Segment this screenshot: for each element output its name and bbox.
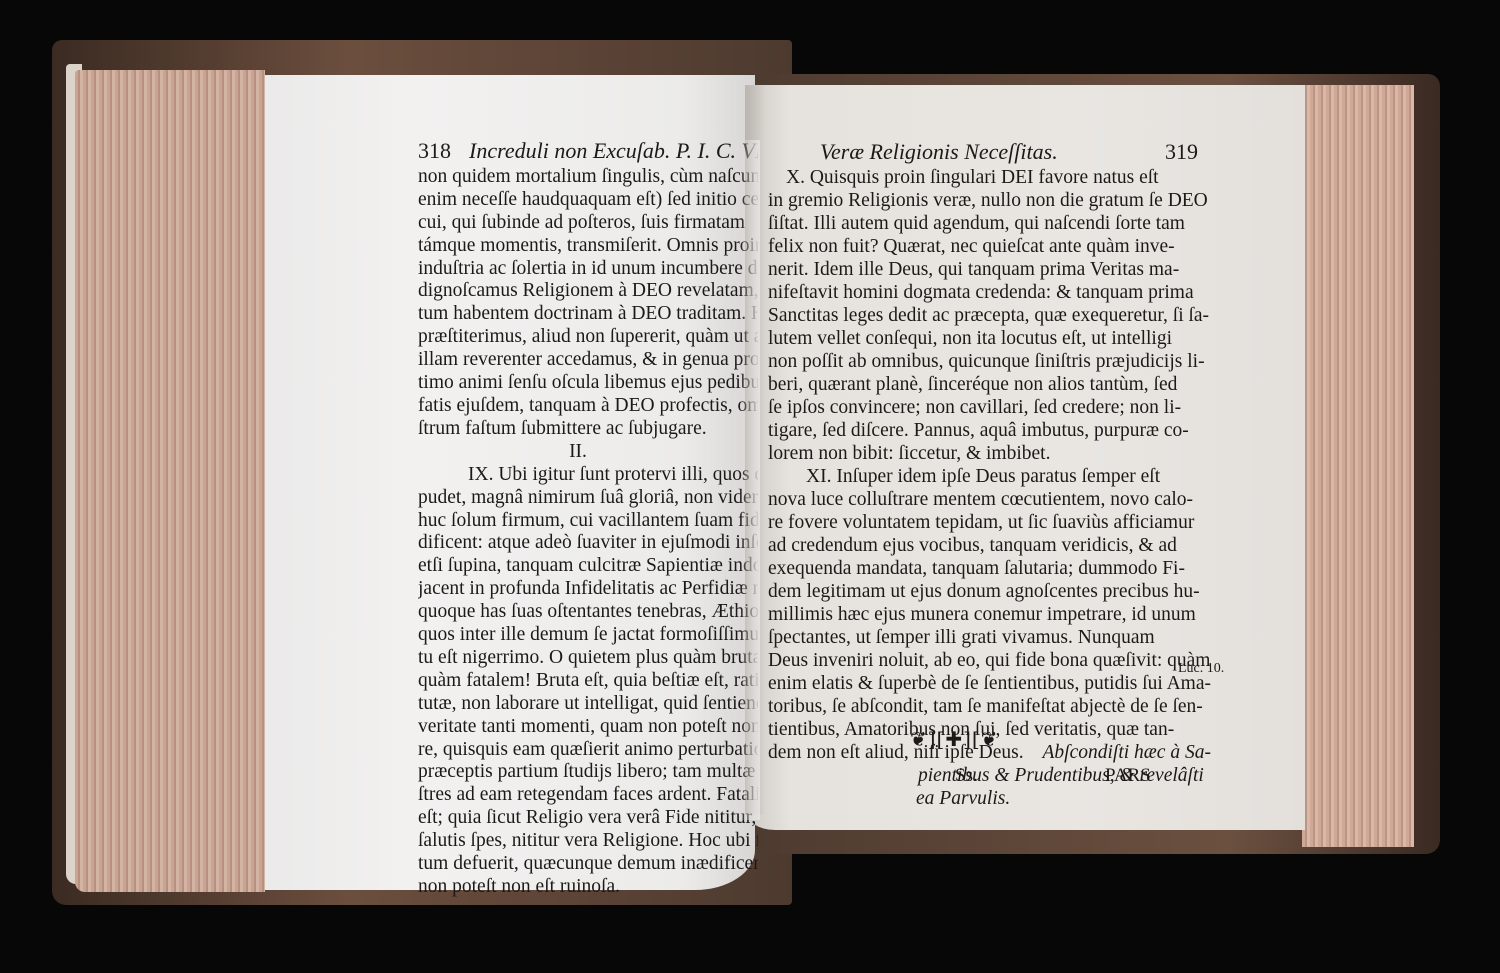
text-line: enim elatis & ſuperbè de ſe ſentientibus… xyxy=(768,672,1198,695)
text-line: re, quisquis eam quæſierit animo perturb… xyxy=(418,739,758,762)
text-line: veritate tanti momenti, quam non poteſt … xyxy=(418,716,758,739)
text-line: præceptis partium ſtudijs libero; tam mu… xyxy=(418,761,758,784)
text-line: lorem non bibit: ſiccetur, & imbibet. xyxy=(768,442,1198,465)
text-line: tigare, ſed diſcere. Pannus, aquâ imbutu… xyxy=(768,419,1198,442)
text-line: dem legitimam ut ejus donum agnoſcentes … xyxy=(768,580,1198,603)
text-line: nifeſtavit homini dogmata credenda: & ta… xyxy=(768,281,1198,304)
text-line: etſi ſupina, tanquam culcitræ Sapientiæ … xyxy=(418,555,758,578)
text-line: dignoſcamus Religionem à DEO revelatam, … xyxy=(418,280,758,303)
text-line: in gremio Religionis veræ, nullo non die… xyxy=(768,189,1198,212)
text-line: non quidem mortalium ſingulis, cùm naſcu… xyxy=(418,166,758,189)
text-line: eſt; quia ſicut Religio vera verâ Fide n… xyxy=(418,807,758,830)
paragraph-start: X. Quisquis proin ſingulari DEI favore n… xyxy=(768,166,1198,189)
text-line: jacent in profunda Infidelitatis ac Perf… xyxy=(418,578,758,601)
text-line: re fovere voluntatem tepidam, ut ſic ſua… xyxy=(768,511,1198,534)
catchword: PARS xyxy=(1105,765,1151,787)
text-line: induſtria ac ſolertia in id unum incumbe… xyxy=(418,258,758,281)
page-number: 319 xyxy=(1165,140,1198,163)
text-line: timo animi ſenſu oſcula libemus ejus ped… xyxy=(418,372,758,395)
text-line: beri, quærant planè, ſinceréque non alio… xyxy=(768,373,1198,396)
text-line: quos inter ille demum ſe jactat formoſiſ… xyxy=(418,624,758,647)
printers-ornament-icon: ❦][✚][❦ xyxy=(910,727,998,751)
running-head-title: Increduli non Excuſab. P. I. C. VI. xyxy=(469,140,758,163)
page-number: 318 xyxy=(418,140,451,163)
text-line: lutem vellet conſequi, non ita locutus e… xyxy=(768,327,1198,350)
text-line: ad credendum ejus vocibus, tanquam verid… xyxy=(768,534,1198,557)
left-running-head: 318 Increduli non Excuſab. P. I. C. VI. xyxy=(418,140,758,163)
scripture-quote: Abſcondiſti hæc à Sa- xyxy=(1043,742,1211,763)
left-page-text: 318 Increduli non Excuſab. P. I. C. VI. … xyxy=(418,140,758,899)
text-line: nerit. Idem ille Deus, qui tanquam prima… xyxy=(768,258,1198,281)
text-line: huc ſolum firmum, cui vacillantem ſuam f… xyxy=(418,510,758,533)
open-book: 318 Increduli non Excuſab. P. I. C. VI. … xyxy=(0,0,1500,973)
text-line: ſalutis ſpes, nititur vera Religione. Ho… xyxy=(418,830,758,853)
text-line: felix non fuit? Quærat, nec quieſcat ant… xyxy=(768,235,1198,258)
text-line: ſtres ad eam retegendam faces ardent. Fa… xyxy=(418,784,758,807)
text-line: exequenda mandata, tanquam ſalutaria; du… xyxy=(768,557,1198,580)
text-line: nova luce colluſtrare mentem cœcutientem… xyxy=(768,488,1198,511)
text-line: ſpectantes, ut ſemper illi grati vivamus… xyxy=(768,626,1198,649)
text-line: dificent: atque adeò ſuaviter in ejuſmod… xyxy=(418,532,758,555)
text-line: quàm fatalem! Bruta eſt, quia beſtiæ eſt… xyxy=(418,670,758,693)
text-line: millimis hæc ejus munera conemur impetra… xyxy=(768,603,1198,626)
text-line: támque momentis, transmiſerit. Omnis pro… xyxy=(418,235,758,258)
signature-mark: Ss. xyxy=(955,765,978,787)
text-line: non poteſt non eſt ruinoſa. xyxy=(418,876,758,899)
text-line: enim neceſſe haudquaquam eſt) ſed initio… xyxy=(418,189,758,212)
scripture-quote: ea Parvulis. xyxy=(768,787,1198,810)
text-line: cui, qui ſubinde ad poſteros, ſuis firma… xyxy=(418,212,758,235)
text-line: toribus, ſe abſcondit, tam ſe manifeſtat… xyxy=(768,695,1198,718)
page-fore-edge-right xyxy=(1302,85,1414,847)
text-line: tum defuerit, quæcunque demum inædificen… xyxy=(418,853,758,876)
text-line: quoque has ſuas oſtentantes tenebras, Æt… xyxy=(418,601,758,624)
text-line: tutæ, non laborare ut intelligat, quid ſ… xyxy=(418,693,758,716)
text-line: tum habentem doctrinam à DEO traditam. H… xyxy=(418,303,758,326)
text-line: ſe ipſos convincere; non cavillari, ſed … xyxy=(768,396,1198,419)
page-fore-edge-left xyxy=(75,70,265,892)
text-line: tu eſt nigerrimo. O quietem plus quàm br… xyxy=(418,647,758,670)
right-page-text: Veræ Religionis Neceſſitas. 319 X. Quisq… xyxy=(768,140,1198,810)
text-line: ſiſtat. Illi autem quid agendum, qui naſ… xyxy=(768,212,1198,235)
paragraph-start: XI. Inſuper idem ipſe Deus paratus ſempe… xyxy=(768,465,1198,488)
text-line: præſtiterimus, aliud non ſupererit, quàm… xyxy=(418,326,758,349)
text-line: non poſſit ab omnibus, quicunque ſiniſtr… xyxy=(768,350,1198,373)
text-line: pudet, magnâ nimirum ſuâ gloriâ, non vid… xyxy=(418,487,758,510)
running-head-title: Veræ Religionis Neceſſitas. xyxy=(820,140,1058,163)
text-line: Deus inveniri noluit, ab eo, qui fide bo… xyxy=(768,649,1198,672)
margin-reference: Luc. 10. xyxy=(1178,661,1224,677)
text-line: ſtrum faſtum ſubmittere ac ſubjugare. xyxy=(418,418,758,441)
text-line: Sanctitas leges dedit ac præcepta, quæ e… xyxy=(768,304,1198,327)
right-running-head: Veræ Religionis Neceſſitas. 319 xyxy=(768,140,1198,163)
page-curve-shade xyxy=(740,140,760,820)
text-line: fatis ejuſdem, tanquam à DEO profectis, … xyxy=(418,395,758,418)
paragraph-start: IX. Ubi igitur ſunt protervi illi, quos … xyxy=(418,464,758,487)
section-mark: II. xyxy=(418,441,758,464)
text-line: illam reverenter accedamus, & in genua p… xyxy=(418,349,758,372)
